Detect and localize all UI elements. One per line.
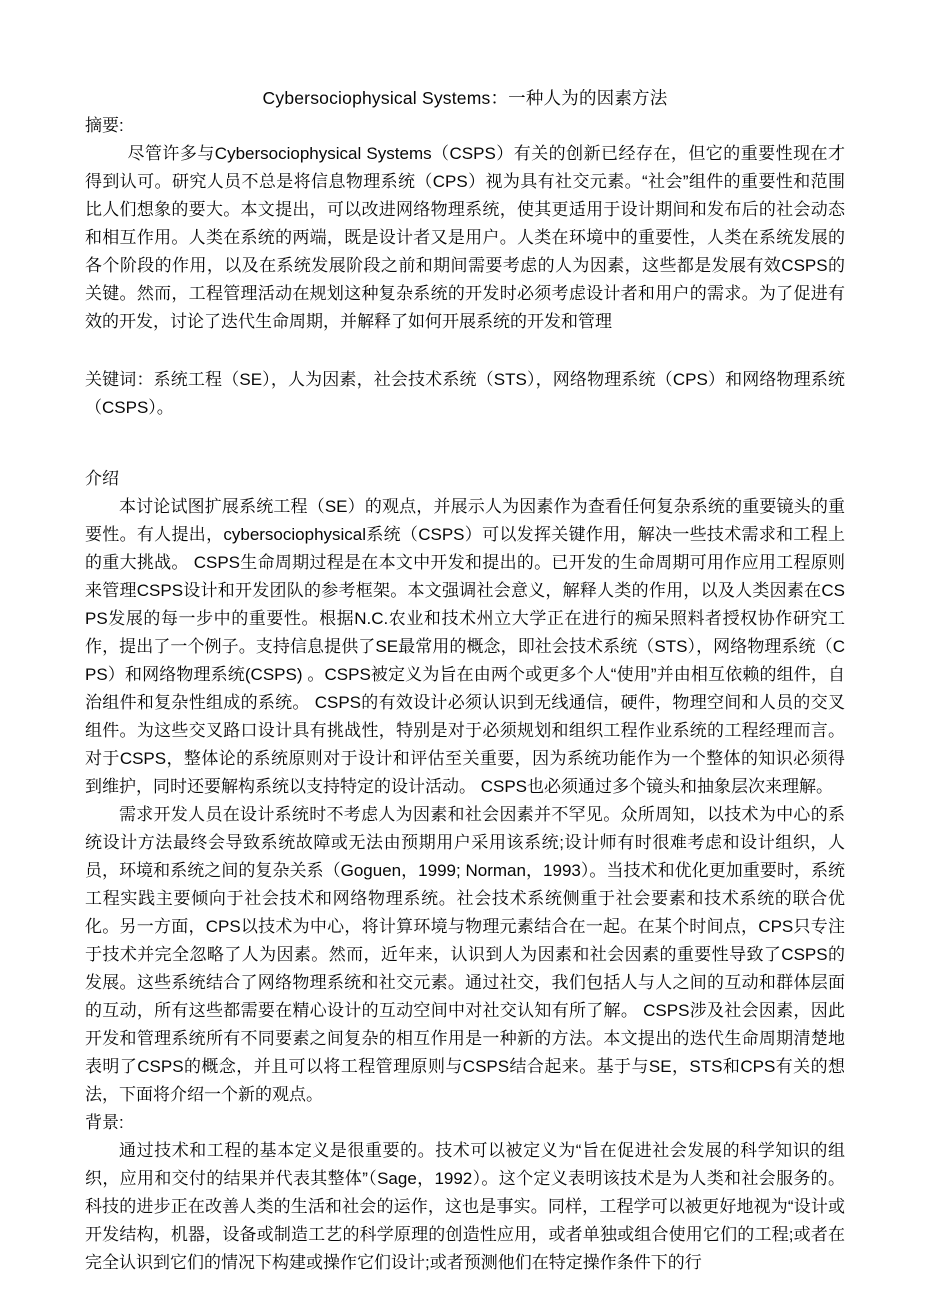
document-title: Cybersociophysical Systems：一种人为的因素方法 — [85, 84, 845, 112]
abstract-heading: 摘要: — [85, 112, 845, 140]
introduction-paragraph-2: 需求开发人员在设计系统时不考虑人为因素和社会因素并不罕见。众所周知，以技术为中心… — [85, 801, 845, 1109]
document-page: Cybersociophysical Systems：一种人为的因素方法 摘要:… — [0, 0, 925, 1309]
introduction-heading: 介绍 — [85, 465, 845, 493]
background-paragraph: 通过技术和工程的基本定义是很重要的。技术可以被定义为“旨在促进社会发展的科学知识… — [85, 1137, 845, 1277]
introduction-paragraph-1: 本讨论试图扩展系统工程（SE）的观点，并展示人为因素作为查看任何复杂系统的重要镜… — [85, 493, 845, 801]
background-heading: 背景: — [85, 1109, 845, 1137]
keywords-paragraph: 关键词：系统工程（SE），人为因素，社会技术系统（STS），网络物理系统（CPS… — [85, 366, 845, 422]
abstract-paragraph: 尽管许多与Cybersociophysical Systems（CSPS）有关的… — [85, 140, 845, 336]
